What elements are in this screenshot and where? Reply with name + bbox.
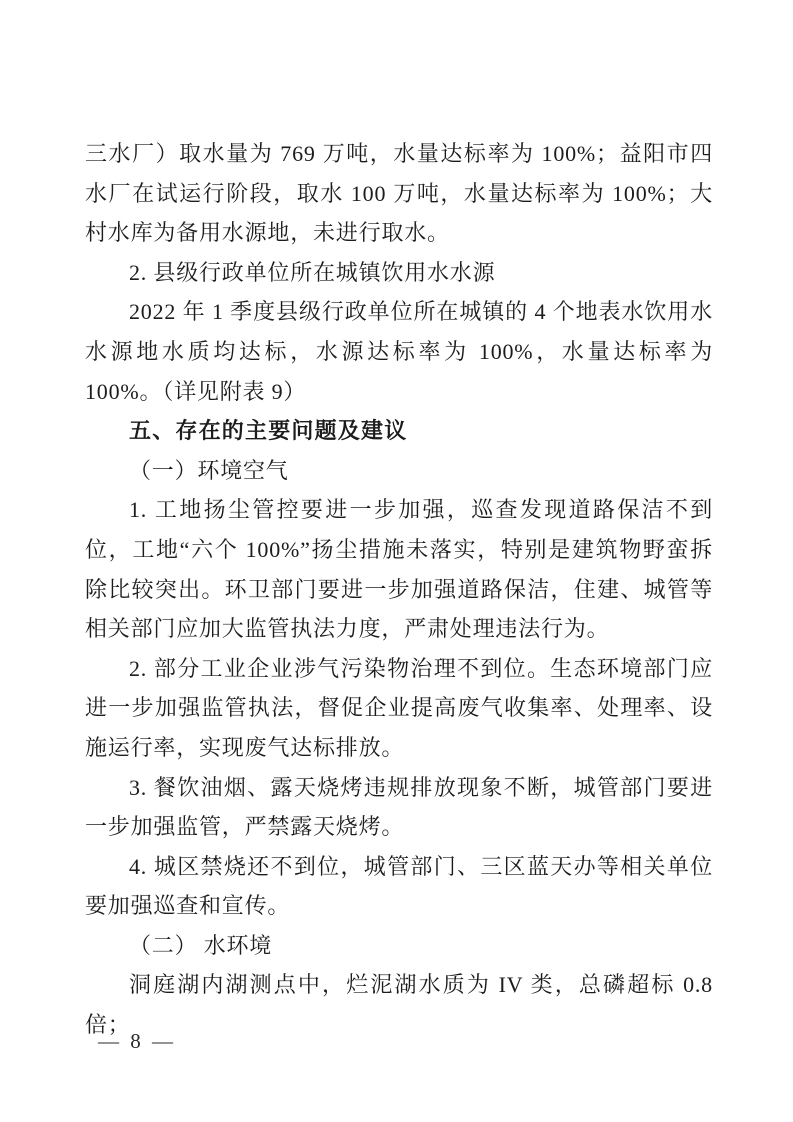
paragraph-dongting-lake: 洞庭湖内湖测点中，烂泥湖水质为 IV 类，总磷超标 0.8 倍；: [85, 965, 713, 1044]
document-body: 三水厂）取水量为 769 万吨，水量达标率为 100%；益阳市四水厂在试运行阶段…: [85, 134, 713, 1045]
paragraph-item-1-dust-control: 1. 工地扬尘管控要进一步加强，巡查发现道路保洁不到位，工地“六个 100%”扬…: [85, 490, 713, 648]
paragraph-item-3-cooking-fumes-bbq: 3. 餐饮油烟、露天烧烤违规排放现象不断，城管部门要进一步加强监管，严禁露天烧烤…: [85, 768, 713, 847]
subsection-title-water-environment: （二） 水环境: [85, 926, 713, 966]
section-heading-problems-suggestions: 五、存在的主要问题及建议: [85, 411, 713, 451]
footer-page-number: — 8 —: [98, 1026, 176, 1056]
paragraph-item-2-industrial-emissions: 2. 部分工业企业涉气污染物治理不到位。生态环境部门应进一步加强监管执法，督促企…: [85, 649, 713, 768]
subsection-title-county-drinking-water: 2. 县级行政单位所在城镇饮用水水源: [85, 253, 713, 293]
document-page: 三水厂）取水量为 769 万吨，水量达标率为 100%；益阳市四水厂在试运行阶段…: [0, 0, 793, 1122]
subsection-title-ambient-air: （一）环境空气: [85, 451, 713, 491]
paragraph-water-plant-intake: 三水厂）取水量为 769 万吨，水量达标率为 100%；益阳市四水厂在试运行阶段…: [85, 134, 713, 253]
paragraph-county-water-quality: 2022 年 1 季度县级行政单位所在城镇的 4 个地表水饮用水水源地水质均达标…: [85, 292, 713, 411]
paragraph-item-4-burning-ban: 4. 城区禁烧还不到位，城管部门、三区蓝天办等相关单位要加强巡查和宣传。: [85, 847, 713, 926]
